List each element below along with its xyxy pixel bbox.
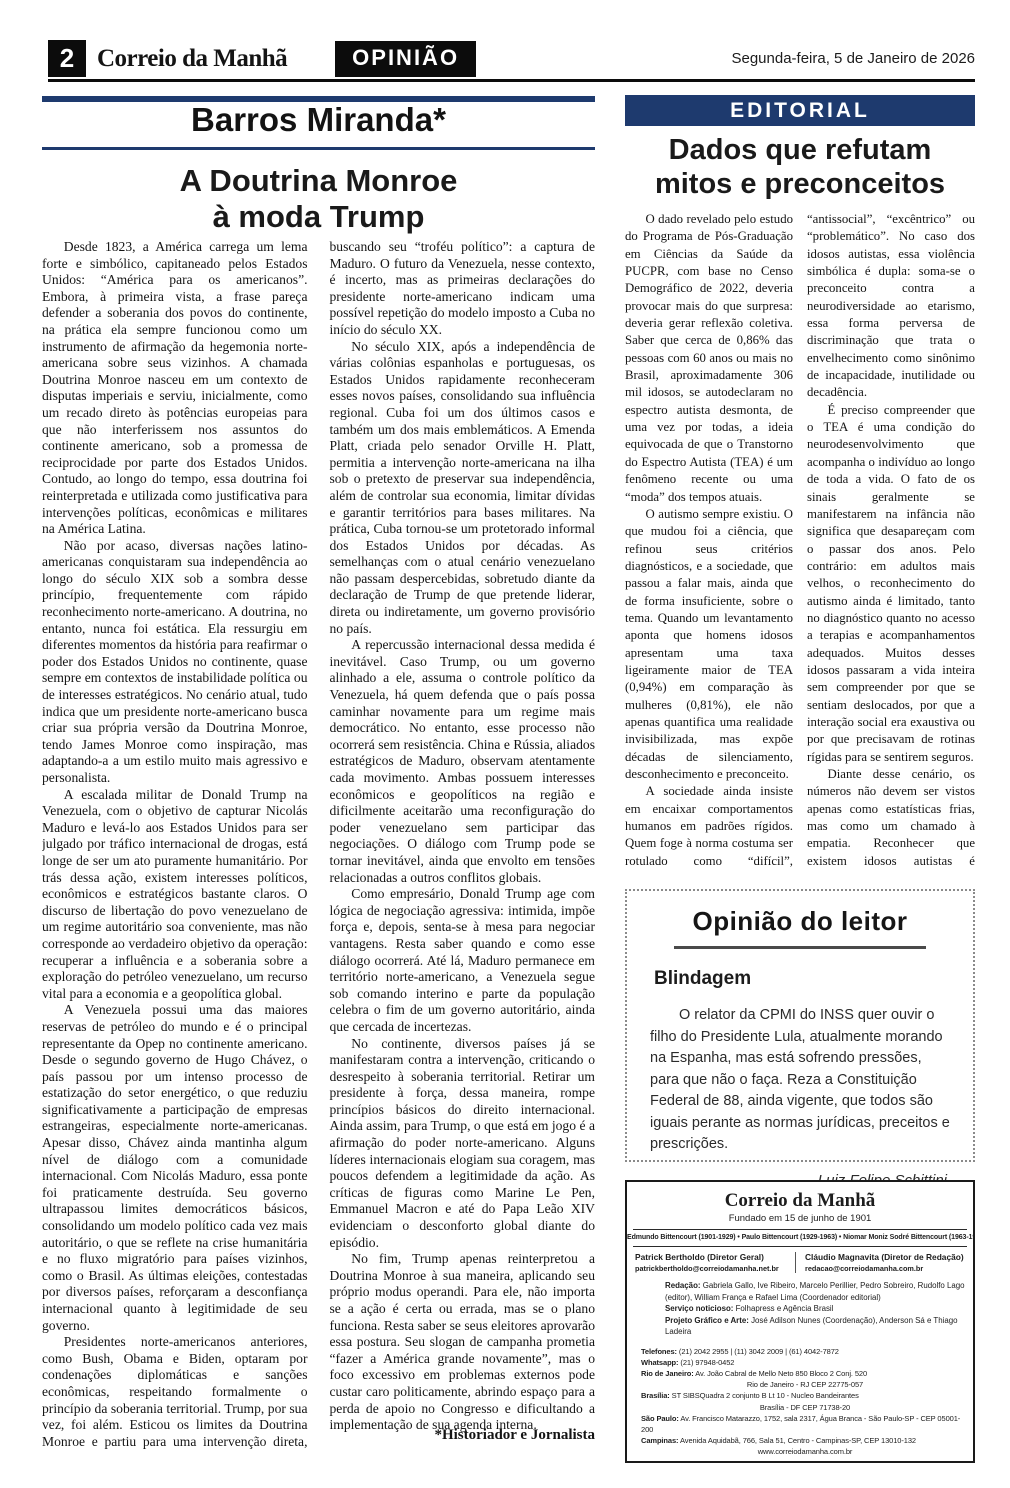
director-redaction: Cláudio Magnavita (Diretor de Redação) r…: [795, 1252, 965, 1273]
contact-line: Telefones: (21) 2042 2955 | (11) 3042 20…: [641, 1346, 969, 1357]
contact-line-text: www.correiodamanha.com.br: [758, 1447, 853, 1456]
contact-line-text: Avenida Aquidabã, 766, Sala 51, Centro -…: [678, 1436, 916, 1445]
contact-line-text: Av. João Cabral de Mello Neto 850 Bloco …: [694, 1369, 867, 1378]
article-paragraph: A repercussão internacional dessa medida…: [330, 637, 596, 886]
director-general-email: patrickbertholdo@correiodamanha.net.br: [635, 1264, 795, 1273]
edition-date: Segunda-feira, 5 de Janeiro de 2026: [731, 50, 975, 67]
author-name: Barros Miranda*: [42, 101, 595, 139]
article-paragraph: No fim, Trump apenas reinterpretou a Dou…: [330, 1251, 596, 1434]
director-redaction-name: Cláudio Magnavita (Diretor de Redação): [805, 1252, 965, 1262]
masthead-box: Correio da Manhã Fundado em 15 de junho …: [625, 1180, 975, 1463]
article-paragraph: A escalada militar de Donald Trump na Ve…: [42, 787, 308, 1003]
article-paragraph: Não por acaso, diversas nações latino-am…: [42, 538, 308, 787]
staff-line: Projeto Gráfico e Arte: José Adilson Nun…: [665, 1315, 965, 1338]
article-paragraph: No século XIX, após a independência de v…: [330, 339, 596, 638]
contact-line-text: Av. Francisco Matarazzo, 1752, sala 2317…: [641, 1414, 960, 1434]
editorial-label-bar: EDITORIAL: [625, 95, 975, 126]
reader-opinion-title: Opinião do leitor: [627, 906, 973, 937]
contact-line-label: Rio de Janeiro:: [641, 1369, 694, 1378]
contact-line: www.correiodamanha.com.br: [641, 1446, 969, 1457]
letter-title: Blindagem: [654, 968, 973, 990]
article-paragraph: No continente, diversos países já se man…: [330, 1036, 596, 1252]
letter-body: O relator da CPMI do INSS quer ouvir o f…: [650, 1005, 951, 1156]
contact-line: Brasília: ST SIBSQuadra 2 conjunto B Lt …: [641, 1390, 969, 1401]
reader-opinion-title-rule: [674, 946, 926, 949]
editorial-paragraph: É preciso compreender que o TEA é uma co…: [807, 402, 975, 766]
director-general-name: Patrick Bertholdo (Diretor Geral): [635, 1252, 795, 1262]
reader-opinion-box: Opinião do leitor Blindagem O relator da…: [625, 889, 975, 1162]
article-byline-footer: *Historiador e Jornalista: [42, 1427, 595, 1444]
staff-line-label: Redação:: [665, 1281, 701, 1290]
editorial-paragraph: O autismo sempre existiu. O que mudou fo…: [625, 506, 793, 784]
editorial-title: Dados que refutam mitos e preconceitos: [625, 133, 975, 201]
contact-line-text: Rio de Janeiro - RJ CEP 22775-057: [747, 1380, 863, 1389]
editorial-label: EDITORIAL: [730, 99, 870, 123]
contact-line: Campinas: Avenida Aquidabã, 766, Sala 51…: [641, 1435, 969, 1446]
directors-row: Patrick Bertholdo (Diretor Geral) patric…: [635, 1252, 965, 1273]
editorial-paragraph: O dado revelado pelo estudo do Programa …: [625, 211, 793, 506]
article-body: Desde 1823, a América carrega um lema fo…: [42, 239, 595, 1455]
contact-line: São Paulo: Av. Francisco Matarazzo, 1752…: [641, 1413, 969, 1435]
contact-line: Whatsapp: (21) 97948-0452: [641, 1357, 969, 1368]
editorial-title-line2: mitos e preconceitos: [625, 167, 975, 201]
editorial-body: O dado revelado pelo estudo do Programa …: [625, 211, 975, 879]
article-title: A Doutrina Monroe à moda Trump: [42, 163, 595, 235]
contact-line-label: Telefones:: [641, 1347, 677, 1356]
staff-line-text: Folhapress e Agência Brasil: [733, 1304, 833, 1313]
contact-line-label: Campinas:: [641, 1436, 678, 1445]
staff-line-label: Serviço noticioso:: [665, 1304, 733, 1313]
contact-line-label: Whatsapp:: [641, 1358, 678, 1367]
article-paragraph: Como empresário, Donald Trump age com ló…: [330, 886, 596, 1035]
contact-line-text: (21) 97948-0452: [678, 1358, 734, 1367]
contact-line-label: São Paulo:: [641, 1414, 679, 1423]
staff-line: Serviço noticioso: Folhapress e Agência …: [665, 1303, 965, 1315]
section-badge: OPINIÃO: [335, 41, 476, 77]
masthead-title: Correio da Manhã: [627, 1190, 973, 1212]
page-header: 2 Correio da Manhã OPINIÃO Segunda-feira…: [48, 40, 975, 77]
newspaper-logo: Correio da Manhã: [97, 45, 287, 73]
director-general: Patrick Bertholdo (Diretor Geral) patric…: [635, 1252, 795, 1273]
contact-line-text: (21) 2042 2955 | (11) 3042 2009 | (61) 4…: [677, 1347, 839, 1356]
director-redaction-email: redacao@correiodamanha.com.br: [805, 1264, 965, 1273]
contact-line: Rio de Janeiro: Av. João Cabral de Mello…: [641, 1368, 969, 1379]
author-rule-bottom: [42, 147, 595, 150]
contact-lines: Telefones: (21) 2042 2955 | (11) 3042 20…: [641, 1346, 969, 1458]
staff-line-text: Gabriela Gallo, Ive Ribeiro, Marcelo Per…: [665, 1281, 965, 1302]
article-paragraph: Desde 1823, a América carrega um lema fo…: [42, 239, 308, 538]
article-title-line2: à moda Trump: [42, 199, 595, 235]
header-rule: [48, 79, 975, 82]
staff-lines: Redação: Gabriela Gallo, Ive Ribeiro, Ma…: [665, 1280, 965, 1338]
masthead-rule: [633, 1229, 967, 1230]
contact-line: Brasília - DF CEP 71738-20: [641, 1402, 969, 1413]
page-number-badge: 2: [48, 40, 86, 77]
contact-line-text: Brasília - DF CEP 71738-20: [760, 1403, 850, 1412]
article-paragraph: A Venezuela possui uma das maiores reser…: [42, 1002, 308, 1334]
masthead-rule: [633, 1246, 967, 1247]
masthead-founded: Fundado em 15 de junho de 1901: [627, 1213, 973, 1224]
contact-line-text: ST SIBSQuadra 2 conjunto B Lt 10 - Nucle…: [670, 1391, 859, 1400]
founders-line: Edmundo Bittencourt (1901-1929) • Paulo …: [627, 1234, 973, 1241]
contact-line: Rio de Janeiro - RJ CEP 22775-057: [641, 1379, 969, 1390]
contact-line-label: Brasília:: [641, 1391, 670, 1400]
staff-line: Redação: Gabriela Gallo, Ive Ribeiro, Ma…: [665, 1280, 965, 1303]
staff-line-label: Projeto Gráfico e Arte:: [665, 1316, 749, 1325]
article-title-line1: A Doutrina Monroe: [42, 163, 595, 199]
editorial-title-line1: Dados que refutam: [625, 133, 975, 167]
